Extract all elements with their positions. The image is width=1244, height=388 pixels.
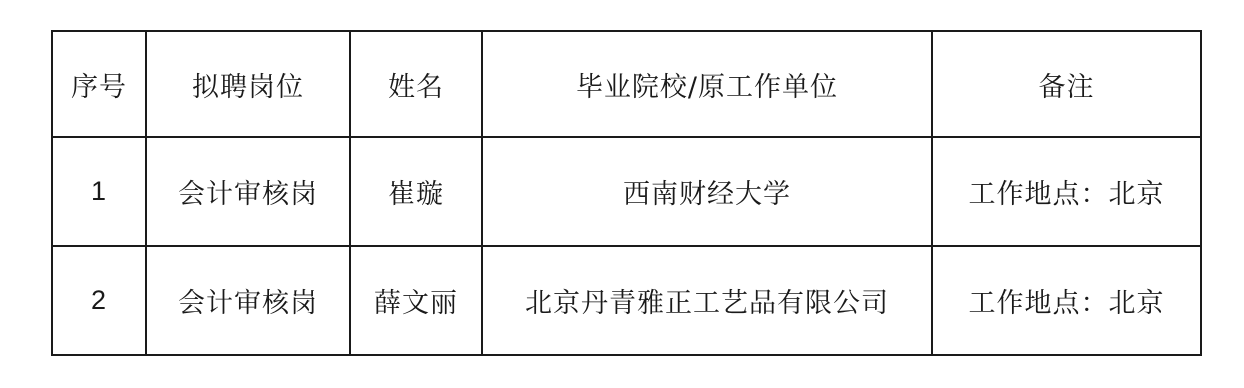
cell-note: 工作地点：北京: [932, 137, 1201, 246]
cell-institution: 西南财经大学: [482, 137, 932, 246]
header-position: 拟聘岗位: [146, 31, 350, 137]
cell-institution: 北京丹青雅正工艺品有限公司: [482, 246, 932, 355]
header-index: 序号: [52, 31, 146, 137]
table-row: 2 会计审核岗 薛文丽 北京丹青雅正工艺品有限公司 工作地点：北京: [52, 246, 1201, 355]
candidate-table: 序号 拟聘岗位 姓名 毕业院校/原工作单位 备注 1 会计审核岗 崔璇 西南财经…: [51, 30, 1202, 356]
header-institution: 毕业院校/原工作单位: [482, 31, 932, 137]
header-name: 姓名: [350, 31, 482, 137]
cell-note: 工作地点：北京: [932, 246, 1201, 355]
cell-position: 会计审核岗: [146, 246, 350, 355]
cell-name: 薛文丽: [350, 246, 482, 355]
table-row: 1 会计审核岗 崔璇 西南财经大学 工作地点：北京: [52, 137, 1201, 246]
cell-index: 2: [52, 246, 146, 355]
cell-index: 1: [52, 137, 146, 246]
cell-position: 会计审核岗: [146, 137, 350, 246]
table-header-row: 序号 拟聘岗位 姓名 毕业院校/原工作单位 备注: [52, 31, 1201, 137]
cell-name: 崔璇: [350, 137, 482, 246]
header-note: 备注: [932, 31, 1201, 137]
